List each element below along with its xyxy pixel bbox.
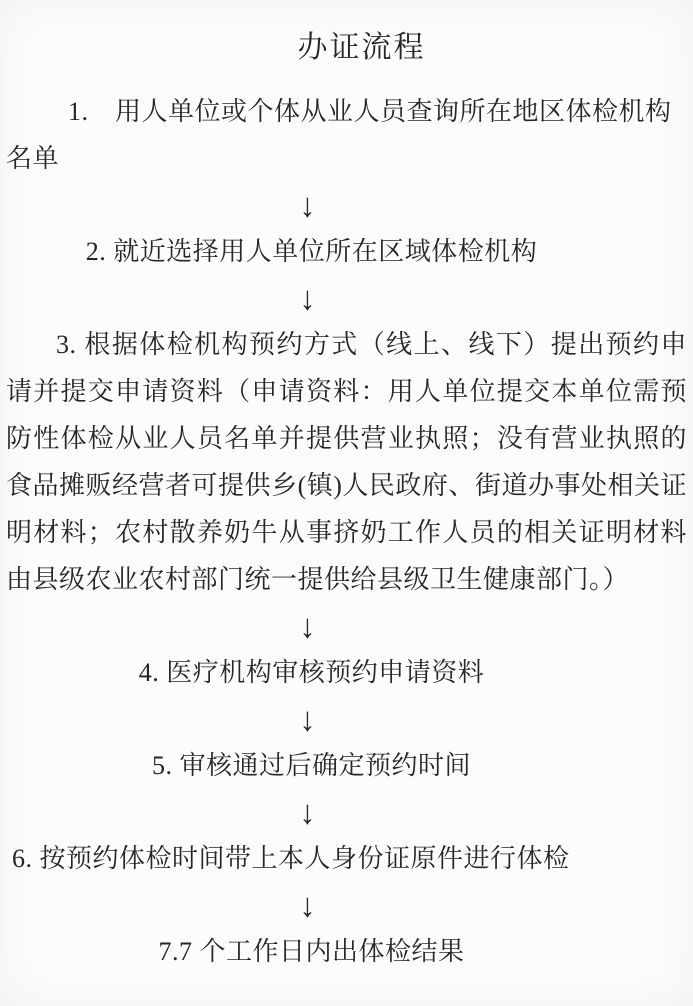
page-title: 办证流程 [0, 26, 693, 70]
flow-step-1: 1. 用人单位或个体从业人员查询所在地区体检机构名单 [0, 88, 693, 182]
flow-arrow-row: ↓ [0, 275, 693, 321]
flow-arrow-row: ↓ [0, 789, 693, 835]
flow-arrow-row: ↓ [0, 696, 693, 742]
flow-step-5: 5. 审核通过后确定预约时间 [0, 742, 693, 789]
flow-step-7: 7.7 个工作日内出体检结果 [0, 928, 693, 975]
down-arrow-icon: ↓ [300, 181, 316, 229]
flow-step-2: 2. 就近选择用人单位所在区域体检机构 [0, 228, 693, 275]
down-arrow-icon: ↓ [300, 274, 316, 322]
flow-arrow-row: ↓ [0, 882, 693, 928]
flow-arrow-row: ↓ [0, 603, 693, 649]
flow-step-6: 6. 按预约体检时间带上本人身份证原件进行体检 [0, 835, 693, 882]
flow-step-3: 3. 根据体检机构预约方式（线上、线下）提出预约申请并提交申请资料（申请资料：用… [0, 321, 693, 603]
flow-arrow-row: ↓ [0, 182, 693, 228]
document-page: 办证流程 1. 用人单位或个体从业人员查询所在地区体检机构名单 ↓ 2. 就近选… [0, 0, 693, 1006]
down-arrow-icon: ↓ [300, 881, 316, 929]
down-arrow-icon: ↓ [300, 602, 316, 650]
flow-step-4: 4. 医疗机构审核预约申请资料 [0, 649, 693, 696]
down-arrow-icon: ↓ [300, 788, 316, 836]
down-arrow-icon: ↓ [300, 695, 316, 743]
